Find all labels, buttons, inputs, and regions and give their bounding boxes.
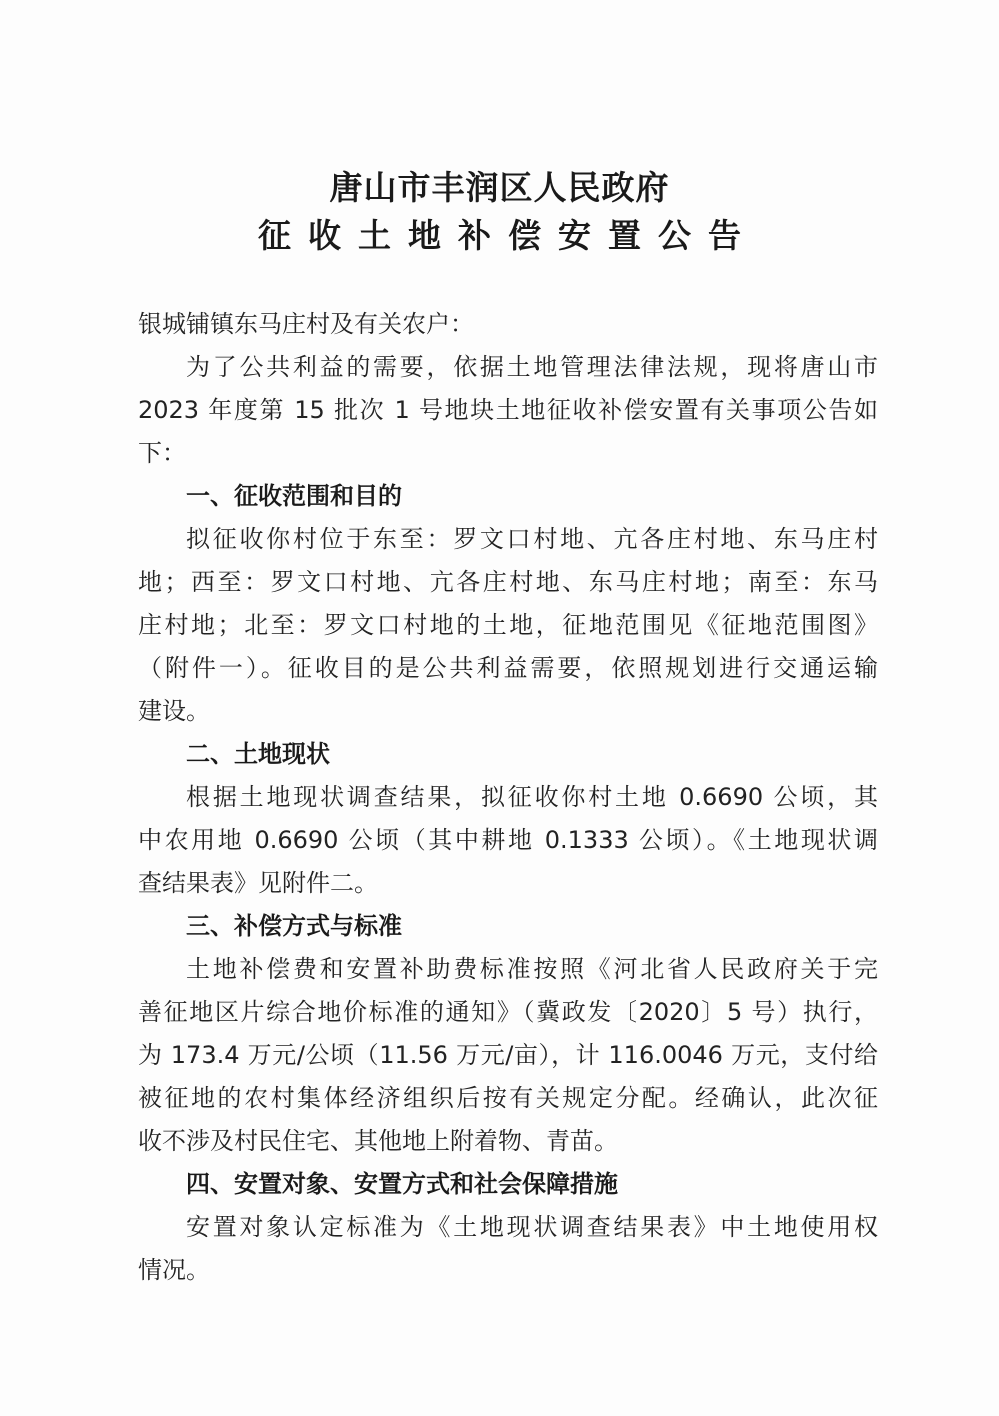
section-line: 土地补偿费和安置补助费标准按照《河北省人民政府关于完 xyxy=(186,954,878,984)
document-title-subject: 征收土地补偿安置公告 xyxy=(0,214,999,258)
intro-line: 为了公共利益的需要，依据土地管理法律法规，现将唐山市 xyxy=(186,352,878,382)
document-page: 唐山市丰润区人民政府 征收土地补偿安置公告 银城铺镇东马庄村及有关农户： 为了公… xyxy=(0,0,999,1416)
section-line: 中农用地 0.6690 公顷（其中耕地 0.1333 公顷）。《土地现状调 xyxy=(138,825,878,855)
intro-line: 2023 年度第 15 批次 1 号地块土地征收补偿安置有关事项公告如 xyxy=(138,395,878,425)
section-line: 善征地区片综合地价标准的通知》（冀政发〔2020〕5 号）执行， xyxy=(138,997,878,1027)
section-line: 收不涉及村民住宅、其他地上附着物、青苗。 xyxy=(138,1126,878,1156)
section-line: 被征地的农村集体经济组织后按有关规定分配。经确认，此次征 xyxy=(138,1083,878,1113)
section-line: 为 173.4 万元/公顷（11.56 万元/亩），计 116.0046 万元，… xyxy=(138,1040,878,1070)
section-line: 情况。 xyxy=(138,1255,878,1285)
intro-line: 下： xyxy=(138,438,878,468)
section-heading-compensation: 三、补偿方式与标准 xyxy=(186,911,402,941)
section-line: 地；西至：罗文口村地、亢各庄村地、东马庄村地；南至：东马 xyxy=(138,567,878,597)
section-heading-land-status: 二、土地现状 xyxy=(186,739,330,769)
section-line: 建设。 xyxy=(138,696,878,726)
section-line: 查结果表》见附件二。 xyxy=(138,868,878,898)
section-heading-resettlement: 四、安置对象、安置方式和社会保障措施 xyxy=(186,1169,618,1199)
section-line: 庄村地；北至：罗文口村地的土地，征地范围见《征地范围图》 xyxy=(138,610,878,640)
section-line: 安置对象认定标准为《土地现状调查结果表》中土地使用权 xyxy=(186,1212,878,1242)
section-line: 拟征收你村位于东至：罗文口村地、亢各庄村地、东马庄村 xyxy=(186,524,878,554)
section-line: （附件一）。征收目的是公共利益需要，依照规划进行交通运输 xyxy=(138,653,878,683)
section-heading-scope: 一、征收范围和目的 xyxy=(186,481,402,511)
addressee: 银城铺镇东马庄村及有关农户： xyxy=(138,309,878,339)
section-line: 根据土地现状调查结果，拟征收你村土地 0.6690 公顷，其 xyxy=(186,782,878,812)
document-title-issuer: 唐山市丰润区人民政府 xyxy=(0,168,999,208)
